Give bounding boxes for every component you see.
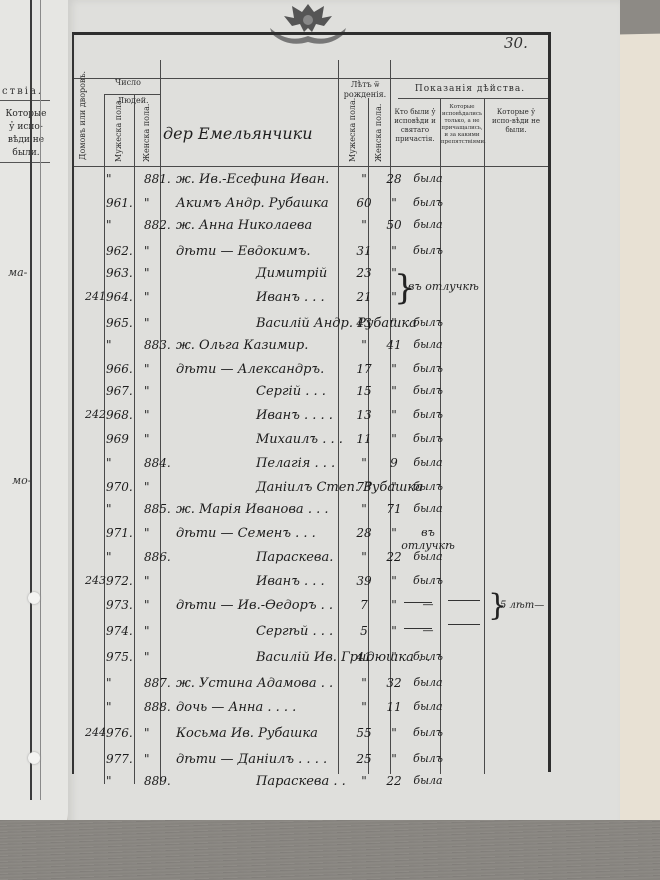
bracket-note: въ отлучкѣ bbox=[408, 280, 479, 293]
person-name: ж. Марія Иванова . . . bbox=[176, 502, 356, 517]
male-number: 962. bbox=[106, 244, 142, 258]
confession-status: былъ bbox=[398, 432, 458, 445]
person-name: дѣти — Ив.-Өедоръ . . bbox=[176, 598, 356, 613]
female-number: " bbox=[144, 384, 180, 398]
female-number: 885. bbox=[144, 502, 180, 516]
male-number: " bbox=[106, 550, 142, 564]
household-number: 241 bbox=[72, 290, 106, 303]
male-number: " bbox=[106, 172, 142, 186]
age-male: 13 bbox=[350, 408, 378, 422]
male-number: 967. bbox=[106, 384, 142, 398]
left-page-header-fragment: ствіа. bbox=[2, 86, 43, 97]
left-facing-page: ствіа. Которые у̓ испо-вѣди не были. ма-… bbox=[0, 0, 69, 842]
confession-status: была bbox=[398, 218, 458, 231]
table-row: "888.дочь — Анна . . . ."11была bbox=[68, 700, 548, 724]
female-number: " bbox=[144, 624, 180, 638]
age-male: " bbox=[350, 700, 378, 714]
table-row: "882.ж. Анна Николаева"50была bbox=[68, 218, 548, 242]
household-number: 242 bbox=[72, 408, 106, 421]
imperial-eagle-crest-icon bbox=[268, 0, 348, 44]
header-male: Мужеска пола. bbox=[114, 112, 123, 162]
male-number: 976. bbox=[106, 726, 142, 740]
header-col-confessed: Кто были у̓ исповѣди и святаго причастія… bbox=[391, 108, 439, 144]
confession-status: былъ bbox=[398, 480, 458, 493]
age-male: 39 bbox=[350, 574, 378, 588]
wooden-desk-surface bbox=[0, 820, 660, 880]
left-page-column-fragment: Которые у̓ испо-вѣди не были. bbox=[4, 108, 48, 160]
person-name: дѣти — Александръ. bbox=[176, 362, 356, 377]
age-male: 23 bbox=[350, 266, 378, 280]
header-households: Домовъ или дворовъ. bbox=[78, 100, 87, 160]
confession-status: былъ bbox=[398, 726, 458, 739]
table-right-border bbox=[548, 32, 551, 772]
male-number: 972. bbox=[106, 574, 142, 588]
header-age-male: Мужеска пола. bbox=[348, 108, 357, 162]
male-number: 971. bbox=[106, 526, 142, 540]
female-number: " bbox=[144, 650, 180, 664]
male-number: 966. bbox=[106, 362, 142, 376]
header-age-female: Женска пола. bbox=[374, 108, 383, 162]
header-female: Женска пола. bbox=[142, 112, 151, 162]
header-count: Число bbox=[98, 78, 158, 88]
male-number: 970. bbox=[106, 480, 142, 494]
table-row: 244976."Косьма Ив. Рубашка55"былъ bbox=[68, 726, 548, 750]
left-page-border bbox=[30, 0, 32, 800]
punch-hole bbox=[28, 752, 40, 764]
confession-status: была bbox=[398, 700, 458, 713]
female-number: " bbox=[144, 432, 180, 446]
age-male: " bbox=[350, 172, 378, 186]
confession-status: былъ bbox=[398, 574, 458, 587]
person-name: Акимъ Андр. Рубашка bbox=[176, 196, 356, 211]
female-number: " bbox=[144, 408, 180, 422]
female-number: 884. bbox=[144, 456, 180, 470]
age-male: 15 bbox=[350, 384, 378, 398]
male-number: 977. bbox=[106, 752, 142, 766]
table-row: 977."дѣти — Даніилъ . . . .25"былъ bbox=[68, 752, 548, 776]
age-male: " bbox=[350, 550, 378, 564]
male-number: 968. bbox=[106, 408, 142, 422]
village-name: дер Емельянчики bbox=[163, 124, 313, 143]
female-number: 889. bbox=[144, 774, 180, 788]
male-number: " bbox=[106, 218, 142, 232]
table-row: 973."дѣти — Ив.-Өедоръ . .7"— bbox=[68, 598, 548, 622]
person-name: дѣти — Семенъ . . . bbox=[176, 526, 356, 541]
dash-mark bbox=[404, 602, 432, 603]
age-male: 17 bbox=[350, 362, 378, 376]
person-name: дѣти — Даніилъ . . . . bbox=[176, 752, 356, 767]
left-margin-note: ма- bbox=[8, 266, 27, 279]
age-male: 73 bbox=[350, 480, 378, 494]
person-name: дѣти — Евдокимъ. bbox=[176, 244, 356, 259]
female-number: " bbox=[144, 290, 180, 304]
table-row: 966."дѣти — Александръ.17"былъ bbox=[68, 362, 548, 386]
male-number: " bbox=[106, 338, 142, 352]
female-number: " bbox=[144, 362, 180, 376]
female-number: 886. bbox=[144, 550, 180, 564]
female-number: " bbox=[144, 244, 180, 258]
person-name: ж. Анна Николаева bbox=[176, 218, 356, 233]
dash-mark bbox=[404, 628, 432, 629]
age-male: 25 bbox=[350, 752, 378, 766]
age-male: " bbox=[350, 338, 378, 352]
table-row: 970."Даніилъ Степ. Рубашка73"былъ bbox=[68, 480, 548, 504]
header-rule bbox=[398, 98, 548, 99]
confession-status: была bbox=[398, 502, 458, 515]
table-row: 961."Акимъ Андр. Рубашка60"былъ bbox=[68, 196, 548, 220]
table-row: 969"Михаилъ . . .11"былъ bbox=[68, 432, 548, 456]
confession-status: была bbox=[398, 338, 458, 351]
age-male: 43 bbox=[350, 316, 378, 330]
confession-status: — bbox=[398, 624, 458, 637]
female-number: " bbox=[144, 526, 180, 540]
header-col-absent: Которые у̓ испо-вѣди не были. bbox=[486, 108, 546, 135]
male-number: " bbox=[106, 502, 142, 516]
bracket-note: 5 лѣт— bbox=[500, 600, 544, 611]
table-row: "887.ж. Устина Адамова . ."32была bbox=[68, 676, 548, 700]
female-number: " bbox=[144, 316, 180, 330]
table-row: "883.ж. Ольга Казимир."41была bbox=[68, 338, 548, 362]
confession-status: былъ bbox=[398, 650, 458, 663]
header-bottom-rule bbox=[72, 166, 548, 167]
male-number: 963. bbox=[106, 266, 142, 280]
header-rule bbox=[104, 94, 160, 95]
table-row: "885.ж. Марія Иванова . . ."71была bbox=[68, 502, 548, 526]
table-top-border bbox=[72, 32, 550, 35]
table-row: 965."Василій Андр. Рубашка43"былъ bbox=[68, 316, 548, 340]
male-number: 973. bbox=[106, 598, 142, 612]
confession-status: былъ bbox=[398, 384, 458, 397]
female-number: " bbox=[144, 266, 180, 280]
dash-mark bbox=[448, 624, 480, 625]
left-margin-note: мо- bbox=[12, 474, 31, 487]
confession-status: былъ bbox=[398, 752, 458, 765]
household-number: 243 bbox=[72, 574, 106, 587]
table-row: 243972."Иванъ . . .39"былъ bbox=[68, 574, 548, 598]
confession-status: былъ bbox=[398, 244, 458, 257]
household-number: 244 bbox=[72, 726, 106, 739]
male-number: " bbox=[106, 700, 142, 714]
female-number: 887. bbox=[144, 676, 180, 690]
confession-status: была bbox=[398, 774, 458, 787]
age-male: 31 bbox=[350, 244, 378, 258]
confession-status: была bbox=[398, 550, 458, 563]
header-col-confessed-only: Которые исповѣдались только, а не причащ… bbox=[441, 104, 483, 146]
female-number: " bbox=[144, 726, 180, 740]
female-number: 888. bbox=[144, 700, 180, 714]
person-name: ж. Ольга Казимир. bbox=[176, 338, 356, 353]
male-number: 964. bbox=[106, 290, 142, 304]
page-number: 30. bbox=[504, 34, 528, 52]
age-male: " bbox=[350, 774, 378, 788]
age-male: " bbox=[350, 456, 378, 470]
male-number: 965. bbox=[106, 316, 142, 330]
person-name: Косьма Ив. Рубашка bbox=[176, 726, 356, 741]
table-row: "889.Параскева . ."22была bbox=[68, 774, 548, 798]
table-row: 241964."Иванъ . . .21" bbox=[68, 290, 548, 314]
male-number: 961. bbox=[106, 196, 142, 210]
confession-status: была bbox=[398, 456, 458, 469]
female-number: " bbox=[144, 598, 180, 612]
female-number: " bbox=[144, 480, 180, 494]
confession-status: былъ bbox=[398, 316, 458, 329]
register-page: 30. Число Домовъ или дворовъ. Людей. Муж… bbox=[68, 0, 620, 828]
age-male: 21 bbox=[350, 290, 378, 304]
male-number: 975. bbox=[106, 650, 142, 664]
female-number: " bbox=[144, 196, 180, 210]
confession-status: была bbox=[398, 676, 458, 689]
table-row: 962."дѣти — Евдокимъ.31"былъ bbox=[68, 244, 548, 268]
table-row: "881.ж. Ив.-Есефина Иван."28была bbox=[68, 172, 548, 196]
table-row: "884.Пелагія . . ."9была bbox=[68, 456, 548, 480]
person-name: ж. Устина Адамова . . bbox=[176, 676, 356, 691]
age-male: 41 bbox=[350, 650, 378, 664]
female-number: " bbox=[144, 574, 180, 588]
male-number: 969 bbox=[106, 432, 142, 446]
age-male: " bbox=[350, 676, 378, 690]
male-number: " bbox=[106, 676, 142, 690]
dash-mark bbox=[448, 600, 480, 601]
age-male: 11 bbox=[350, 432, 378, 446]
male-number: " bbox=[106, 774, 142, 788]
age-male: 5 bbox=[350, 624, 378, 638]
age-male: 60 bbox=[350, 196, 378, 210]
header-age: Лѣтъ ѿ рожденія. bbox=[340, 80, 390, 100]
confession-status: былъ bbox=[398, 408, 458, 421]
header-confession: Показанія дѣйства. bbox=[392, 84, 548, 94]
confession-status: была bbox=[398, 172, 458, 185]
confession-status: былъ bbox=[398, 196, 458, 209]
punch-hole bbox=[28, 592, 40, 604]
age-male: 28 bbox=[350, 526, 378, 540]
age-male: " bbox=[350, 502, 378, 516]
table-row: "886.Параскева."22была bbox=[68, 550, 548, 574]
age-male: " bbox=[350, 218, 378, 232]
male-number: " bbox=[106, 456, 142, 470]
table-row: 974."Сергѣй . . .5"— bbox=[68, 624, 548, 648]
left-page-rule bbox=[0, 162, 50, 163]
male-number: 974. bbox=[106, 624, 142, 638]
age-male: 7 bbox=[350, 598, 378, 612]
table-row: 242968."Иванъ . . . .13"былъ bbox=[68, 408, 548, 432]
confession-status: въ отлучкѣ bbox=[398, 526, 458, 552]
female-number: 882. bbox=[144, 218, 180, 232]
table-row: 971."дѣти — Семенъ . . .28"въ отлучкѣ bbox=[68, 526, 548, 550]
left-page-rule bbox=[0, 100, 50, 101]
confession-status: былъ bbox=[398, 362, 458, 375]
person-name: дочь — Анна . . . . bbox=[176, 700, 356, 715]
female-number: 883. bbox=[144, 338, 180, 352]
person-name: ж. Ив.-Есефина Иван. bbox=[176, 172, 356, 187]
female-number: 881. bbox=[144, 172, 180, 186]
table-row: 975."Василій Ив. Гридюшка . .41"былъ bbox=[68, 650, 548, 674]
female-number: " bbox=[144, 752, 180, 766]
table-row: 967."Сергій . . .15"былъ bbox=[68, 384, 548, 408]
left-page-border-inner bbox=[40, 0, 41, 800]
age-male: 55 bbox=[350, 726, 378, 740]
